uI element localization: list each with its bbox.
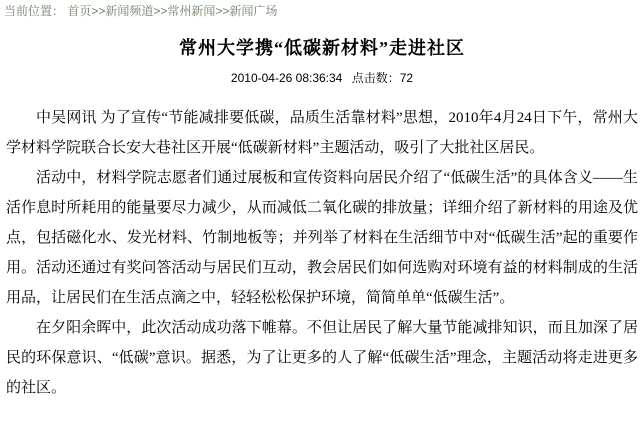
breadcrumb-item-news-channel[interactable]: 新闻频道 [105, 4, 153, 18]
article-hits-value: 72 [400, 71, 413, 85]
breadcrumb-separator: >> [153, 4, 167, 18]
article-body: 中吴网讯 为了宣传“节能减排要低碳，品质生活靠材料”思想，2010年4月24日下… [0, 103, 644, 403]
article-datetime: 2010-04-26 08:36:34 [231, 71, 342, 85]
breadcrumb-label: 当前位置： [4, 4, 64, 18]
article-paragraph-2: 活动中，材料学院志愿者们通过展板和宣传资料向居民介绍了“低碳生活”的具体含义——… [6, 163, 638, 313]
article-paragraph-3: 在夕阳余晖中，此次活动成功落下帷幕。不但让居民了解大量节能减排知识，而且加深了居… [6, 313, 638, 403]
breadcrumb-item-home[interactable]: 首页 [67, 4, 91, 18]
article-title: 常州大学携“低碳新材料”走进社区 [0, 34, 644, 60]
breadcrumb-separator: >> [215, 4, 229, 18]
breadcrumb-item-changzhou-news[interactable]: 常州新闻 [167, 4, 215, 18]
breadcrumb-item-news-plaza[interactable]: 新闻广场 [229, 4, 277, 18]
article-hits: 点击数：72 [352, 71, 413, 85]
breadcrumb: 当前位置： 首页>>新闻频道>>常州新闻>>新闻广场 [0, 0, 644, 18]
article-paragraph-1: 中吴网讯 为了宣传“节能减排要低碳，品质生活靠材料”思想，2010年4月24日下… [6, 103, 638, 163]
article-hits-label: 点击数： [352, 71, 400, 85]
article-meta: 2010-04-26 08:36:34 点击数：72 [0, 69, 644, 86]
breadcrumb-separator: >> [91, 4, 105, 18]
